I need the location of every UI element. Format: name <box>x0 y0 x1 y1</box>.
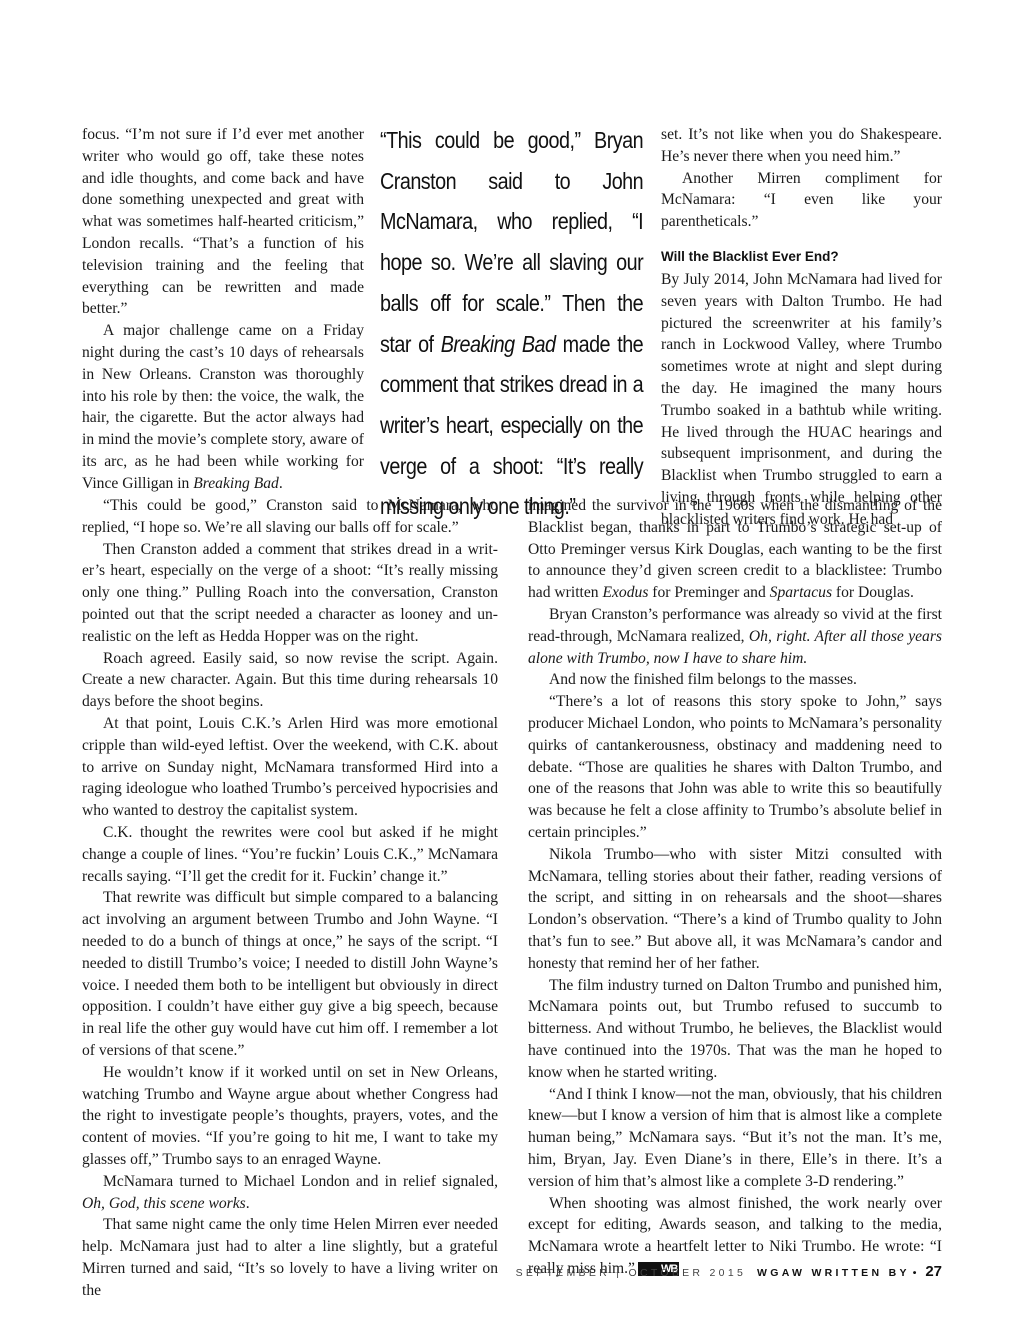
text-run: made the comment that strikes dread in a… <box>380 331 643 520</box>
text-run: C.K. thought the rewrites were cool but … <box>82 824 498 885</box>
text-run: “There’s a lot of reasons this story spo… <box>528 693 942 841</box>
text-run: “This could be good,” Bryan Cranston sai… <box>380 127 643 357</box>
paragraph: “This could be good,” Cranston said to M… <box>82 495 498 539</box>
text-run: He wouldn’t know if it worked until on s… <box>82 1064 498 1168</box>
paragraph: focus. “I’m not sure if I’d ever met ano… <box>82 124 364 320</box>
article-column-left-bottom: “This could be good,” Cranston said to M… <box>82 495 498 1301</box>
paragraph: That rewrite was difficult but simple co… <box>82 887 498 1061</box>
paragraph: set. It’s not like when you do Shakespea… <box>661 124 942 168</box>
page-number: 27 <box>925 1263 942 1280</box>
paragraph: Bryan Cranston’s performance was already… <box>528 604 942 669</box>
paragraph: At that point, Louis C.K.’s Arlen Hird w… <box>82 713 498 822</box>
article-column-right-bottom: imagined the survivor in the 1960s when … <box>528 495 942 1280</box>
text-run: Roach agreed. Easily said, so now revise… <box>82 650 498 711</box>
text-run: “And I think I know—not the man, obvious… <box>528 1086 942 1190</box>
article-column-right-top: set. It’s not like when you do Shakespea… <box>661 124 942 531</box>
bullet-separator: • <box>913 1267 917 1279</box>
paragraph: By July 2014, John McNamara had lived fo… <box>661 269 942 531</box>
paragraph: “There’s a lot of reasons this story spo… <box>528 691 942 844</box>
text-run: focus. “I’m not sure if I’d ever met ano… <box>82 126 364 317</box>
section-subhead: Will the Blacklist Ever End? <box>661 247 942 267</box>
italic-text: Oh, God, this scene works <box>82 1195 246 1212</box>
paragraph: C.K. thought the rewrites were cool but … <box>82 822 498 887</box>
paragraph: Roach agreed. Easily said, so now revise… <box>82 648 498 713</box>
text-run: . <box>279 475 283 492</box>
text-run: A major challenge came on a Friday night… <box>82 322 364 492</box>
paragraph: imagined the survivor in the 1960s when … <box>528 495 942 604</box>
paragraph: McNamara turned to Michael London and in… <box>82 1171 498 1215</box>
italic-text: Exodus <box>602 584 648 601</box>
text-run: . <box>246 1195 250 1212</box>
paragraph: He wouldn’t know if it worked until on s… <box>82 1062 498 1171</box>
text-run: That same night came the only time Helen… <box>82 1216 498 1298</box>
paragraph: Another Mirren compliment for McNamara: … <box>661 168 942 233</box>
text-run: The film industry turned on Dalton Trumb… <box>528 977 942 1081</box>
text-run: McNamara turned to Michael London and in… <box>103 1173 498 1190</box>
paragraph: “And I think I know—not the man, obvious… <box>528 1084 942 1193</box>
text-run: Will the Blacklist Ever End? <box>661 249 839 264</box>
text-run: Nikola Trumbo—who with sister Mitzi cons… <box>528 846 942 972</box>
text-run: for Preminger and <box>648 584 769 601</box>
text-run: set. It’s not like when you do Shakespea… <box>661 126 942 165</box>
text-run: “This could be good,” Cranston said to M… <box>82 497 498 536</box>
italic-text: Breaking Bad <box>193 475 279 492</box>
paragraph: And now the finished film belongs to the… <box>528 669 942 691</box>
text-run: By July 2014, John McNamara had lived fo… <box>661 271 942 528</box>
text-run: That rewrite was difficult but simple co… <box>82 889 498 1059</box>
text-run: Another Mirren compliment for McNamara: … <box>661 170 942 231</box>
pull-quote: “This could be good,” Bryan Cranston sai… <box>380 120 643 527</box>
text-run: At that point, Louis C.K.’s Arlen Hird w… <box>82 715 498 819</box>
italic-text: Breaking Bad <box>441 331 556 357</box>
text-run: Then Cranston added a comment that strik… <box>82 541 498 645</box>
text-run: for Douglas. <box>832 584 914 601</box>
text-run: And now the finished film belongs to the… <box>549 671 857 688</box>
paragraph: The film industry turned on Dalton Trumb… <box>528 975 942 1084</box>
paragraph: Then Cranston added a comment that strik… <box>82 539 498 648</box>
page-footer: SEPTEMBER | OCTOBER 2015 WGAW WRITTEN BY… <box>516 1263 942 1280</box>
publication-name: WGAW WRITTEN BY <box>757 1267 910 1279</box>
paragraph: Nikola Trumbo—who with sister Mitzi cons… <box>528 844 942 975</box>
issue-date: SEPTEMBER | OCTOBER 2015 <box>516 1267 747 1279</box>
article-column-left-top: focus. “I’m not sure if I’d ever met ano… <box>82 124 364 495</box>
paragraph: A major challenge came on a Friday night… <box>82 320 364 494</box>
italic-text: Spartacus <box>770 584 832 601</box>
paragraph: That same night came the only time Helen… <box>82 1214 498 1301</box>
